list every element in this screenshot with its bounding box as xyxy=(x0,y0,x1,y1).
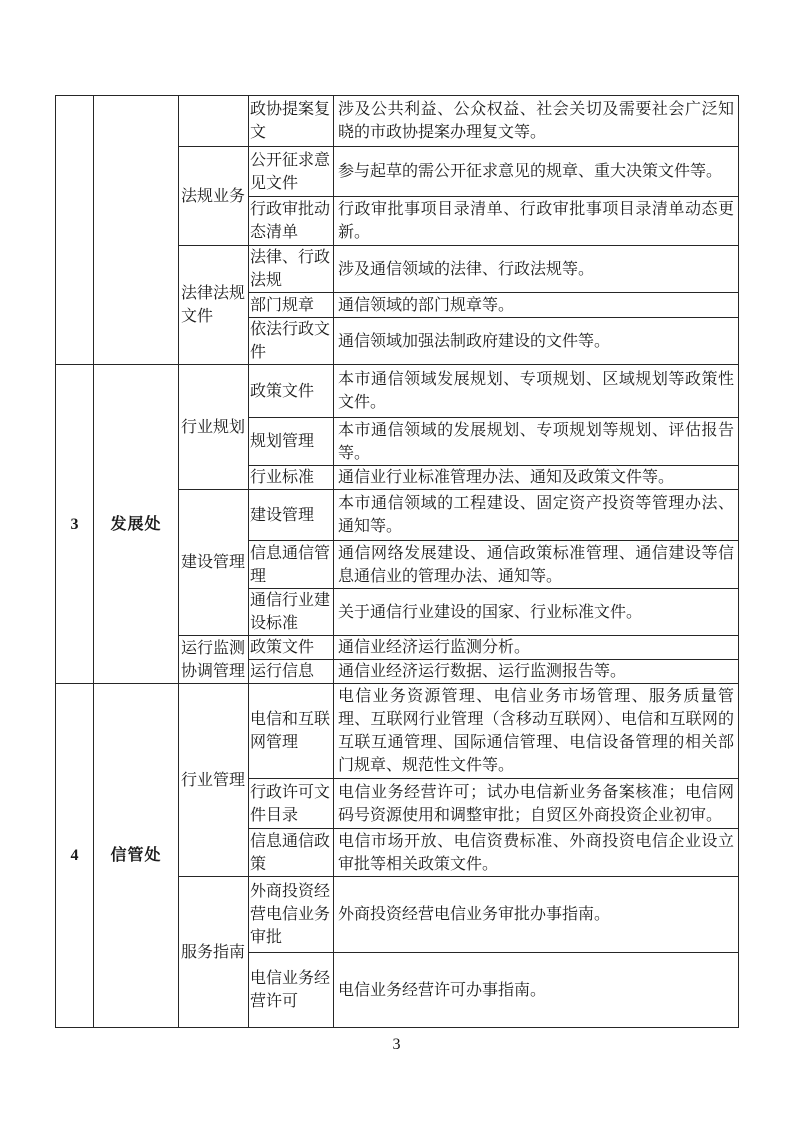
description-cell: 通信业经济运行数据、运行监测报告等。 xyxy=(334,660,739,684)
department-cell: 发展处 xyxy=(94,365,179,684)
subcategory-cell: 行政审批动态清单 xyxy=(249,197,334,246)
subcategory-cell: 电信和互联网管理 xyxy=(249,684,334,779)
description-cell: 通信领域的部门规章等。 xyxy=(334,293,739,318)
subcategory-cell: 依法行政文件 xyxy=(249,318,334,365)
description-cell: 行政审批事项目录清单、行政审批事项目录清单动态更新。 xyxy=(334,197,739,246)
category-cell: 建设管理 xyxy=(179,490,249,636)
table-row: 政协提案复文 涉及公共利益、公众权益、社会关切及需要社会广泛知晓的市政协提案办理… xyxy=(56,96,739,147)
subcategory-cell: 政策文件 xyxy=(249,365,334,418)
department-cell xyxy=(94,96,179,365)
subcategory-cell: 政协提案复文 xyxy=(249,96,334,147)
subcategory-cell: 规划管理 xyxy=(249,418,334,466)
category-cell: 行业规划 xyxy=(179,365,249,490)
description-cell: 涉及通信领域的法律、行政法规等。 xyxy=(334,246,739,293)
subcategory-cell: 行业标准 xyxy=(249,466,334,490)
subcategory-cell: 行政许可文件目录 xyxy=(249,779,334,829)
subcategory-cell: 法律、行政法规 xyxy=(249,246,334,293)
description-cell: 本市通信领域的工程建设、固定资产投资等管理办法、通知等。 xyxy=(334,490,739,541)
subcategory-cell: 公开征求意见文件 xyxy=(249,147,334,197)
description-cell: 关于通信行业建设的国家、行业标准文件。 xyxy=(334,589,739,636)
description-cell: 通信业经济运行监测分析。 xyxy=(334,636,739,660)
description-cell: 电信业务经营许可；试办电信新业务备案核准；电信网码号资源使用和调整审批；自贸区外… xyxy=(334,779,739,829)
subcategory-cell: 电信业务经营许可 xyxy=(249,953,334,1028)
description-cell: 外商投资经营电信业务审批办事指南。 xyxy=(334,877,739,953)
description-cell: 电信业务经营许可办事指南。 xyxy=(334,953,739,1028)
category-cell xyxy=(179,96,249,147)
page-number: 3 xyxy=(0,1036,793,1054)
description-cell: 通信领域加强法制政府建设的文件等。 xyxy=(334,318,739,365)
category-cell: 行业管理 xyxy=(179,684,249,877)
row-number-cell: 3 xyxy=(56,365,94,684)
row-number-cell xyxy=(56,96,94,365)
row-number-cell: 4 xyxy=(56,684,94,1028)
subcategory-cell: 运行信息 xyxy=(249,660,334,684)
category-cell: 服务指南 xyxy=(179,877,249,1028)
subcategory-cell: 信息通信政策 xyxy=(249,829,334,877)
description-cell: 涉及公共利益、公众权益、社会关切及需要社会广泛知晓的市政协提案办理复文等。 xyxy=(334,96,739,147)
category-cell: 法律法规文件 xyxy=(179,246,249,365)
subcategory-cell: 建设管理 xyxy=(249,490,334,541)
table-row: 3 发展处 行业规划 政策文件 本市通信领域发展规划、专项规划、区域规划等政策性… xyxy=(56,365,739,418)
description-cell: 通信业行业标准管理办法、通知及政策文件等。 xyxy=(334,466,739,490)
table-row: 4 信管处 行业管理 电信和互联网管理 电信业务资源管理、电信业务市场管理、服务… xyxy=(56,684,739,779)
category-cell: 运行监测协调管理 xyxy=(179,636,249,684)
subcategory-cell: 通信行业建设标准 xyxy=(249,589,334,636)
subcategory-cell: 外商投资经营电信业务审批 xyxy=(249,877,334,953)
subcategory-cell: 部门规章 xyxy=(249,293,334,318)
subcategory-cell: 信息通信管理 xyxy=(249,541,334,589)
records-table: 政协提案复文 涉及公共利益、公众权益、社会关切及需要社会广泛知晓的市政协提案办理… xyxy=(55,95,739,1028)
records-table-container: 政协提案复文 涉及公共利益、公众权益、社会关切及需要社会广泛知晓的市政协提案办理… xyxy=(55,95,738,1028)
description-cell: 本市通信领域发展规划、专项规划、区域规划等政策性文件。 xyxy=(334,365,739,418)
department-cell: 信管处 xyxy=(94,684,179,1028)
category-cell: 法规业务 xyxy=(179,147,249,246)
description-cell: 电信业务资源管理、电信业务市场管理、服务质量管理、互联网行业管理（含移动互联网）… xyxy=(334,684,739,779)
description-cell: 参与起草的需公开征求意见的规章、重大决策文件等。 xyxy=(334,147,739,197)
subcategory-cell: 政策文件 xyxy=(249,636,334,660)
document-page: { "page_number": "3", "colors": { "backg… xyxy=(0,0,793,1122)
description-cell: 本市通信领域的发展规划、专项规划等规划、评估报告等。 xyxy=(334,418,739,466)
description-cell: 通信网络发展建设、通信政策标准管理、通信建设等信息通信业的管理办法、通知等。 xyxy=(334,541,739,589)
description-cell: 电信市场开放、电信资费标准、外商投资电信企业设立审批等相关政策文件。 xyxy=(334,829,739,877)
